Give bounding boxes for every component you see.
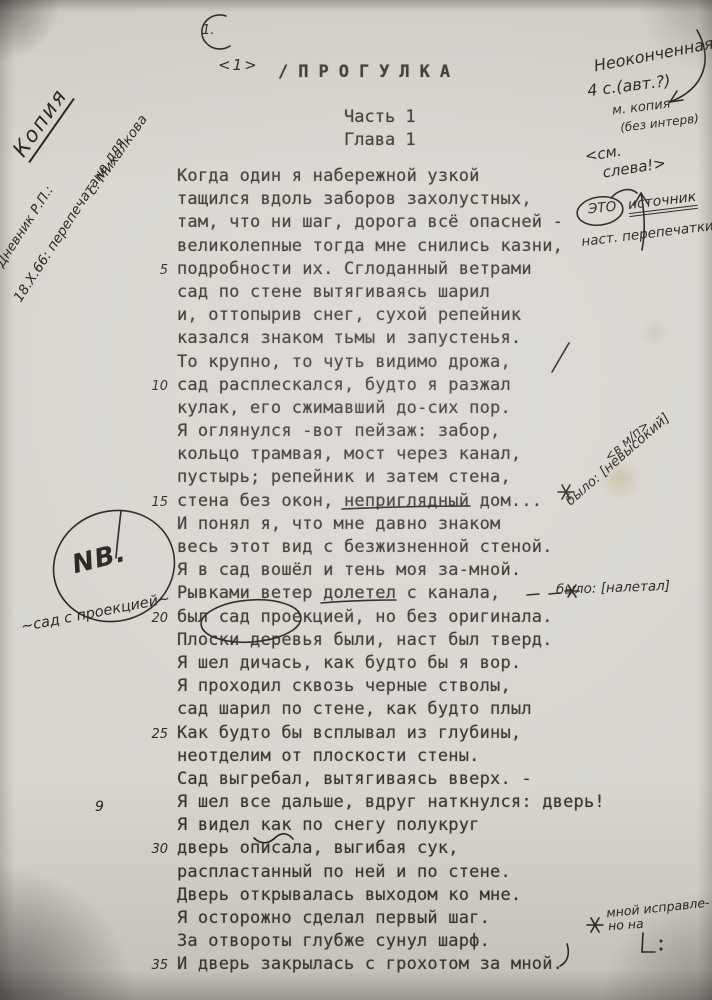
poem-line: И понял я, что мне давно знаком xyxy=(130,513,605,536)
line-text: и, оттопырив снег, сухой репейник xyxy=(177,304,521,327)
poem-line: 5подробности их. Сглоданный ветрами xyxy=(130,258,605,281)
line-text: сад шарил по стене, как будто плыл xyxy=(177,698,532,721)
poem-line: 35И дверь закрылась с грохотом за мной. xyxy=(130,953,605,976)
line-number: 35 xyxy=(130,958,177,973)
poem-line: Я в сад вошёл и тень моя за-мной. xyxy=(130,559,605,582)
poem-line: 10сад расплескался, будто я разжал xyxy=(130,374,605,397)
line-number: 15 xyxy=(130,495,177,510)
poem-line: кулак, его сжимавший до-сих пор. xyxy=(130,397,605,420)
line-text: Я проходил сквозь черные стволы, xyxy=(177,675,511,698)
poem-line: Я шел все дальше, вдруг наткнулся: дверь… xyxy=(130,791,605,814)
poem-line: Сад выгребал, вытягиваясь вверх. - xyxy=(130,768,605,791)
poem-line: тащился вдоль заборов захолустных, xyxy=(130,188,605,211)
corner-page-mark: 1. xyxy=(202,23,214,38)
poem-line: То крупно, то чуть видимо дрожа, xyxy=(130,351,605,374)
poem-line: 15стена без окон, неприглядный дом... xyxy=(130,490,605,513)
line-text: Я осторожно сделал первый шаг. xyxy=(177,907,490,930)
poem-line: распластанный по ней и по стене. xyxy=(130,861,605,884)
manuscript-page: /ПРОГУЛКА Часть 1 Глава 1 Когда один я н… xyxy=(0,0,712,1000)
poem-line: сад шарил по стене, как будто плыл xyxy=(130,698,605,721)
line-text: Я шел дичась, как будто бы я вор. xyxy=(177,652,521,675)
line-text: кулак, его сжимавший до-сих пор. xyxy=(177,397,511,420)
line-text: там, что ни шаг, дорога всё опасней - xyxy=(177,211,563,234)
annotation-kopiya: Копия xyxy=(8,84,75,163)
poem-line: сад по стене вытягиваясь шарил xyxy=(130,281,605,304)
poem-line: Я осторожно сделал первый шаг. xyxy=(130,907,605,930)
poem-line: Я шел дичась, как будто бы я вор. xyxy=(130,652,605,675)
annotation-corrected-2: но на xyxy=(608,916,645,933)
line-text: казался знаком тьмы и запустенья. xyxy=(177,327,521,350)
poem-line: казался знаком тьмы и запустенья. xyxy=(130,327,605,350)
correction-colon-dot xyxy=(660,940,663,943)
line-text: И понял я, что мне давно знаком xyxy=(177,513,500,536)
line-text: был сад проекцией, но без оригинала. xyxy=(177,606,553,629)
poem-line: Когда один я набережной узкой xyxy=(130,165,605,188)
line-text: стена без окон, неприглядный дом... xyxy=(177,490,542,513)
line-text: весь этот вид с безжизненной стеной. xyxy=(177,536,553,559)
poem-line: Плоски деревья были, наст был тверд. xyxy=(130,629,605,652)
poem-line: 30дверь описала, выгибая сук, xyxy=(130,837,605,860)
poem-line: весь этот вид с безжизненной стеной. xyxy=(130,536,605,559)
line-text: распластанный по ней и по стене. xyxy=(177,861,511,884)
line-text: И дверь закрылась с грохотом за мной. xyxy=(177,953,563,976)
annotation-eto: ЭТО xyxy=(587,199,617,218)
line-number: 30 xyxy=(130,842,177,857)
poem-line: 20был сад проекцией, но без оригинала. xyxy=(130,606,605,629)
poem-line: кольцо трамвая, мост через канал, xyxy=(130,443,605,466)
part-heading: Часть 1 xyxy=(344,107,416,127)
line-text: Я в сад вошёл и тень моя за-мной. xyxy=(177,559,521,582)
line-text: подробности их. Сглоданный ветрами xyxy=(177,258,532,281)
poem-body: Когда один я набережной узкойтащился вдо… xyxy=(130,165,605,977)
poem-line: Дверь открывалась выходом ко мне. xyxy=(130,884,605,907)
line-text: тащился вдоль заборов захолустных, xyxy=(177,188,532,211)
poem-line: Рывками ветер долетел с канала, xyxy=(130,582,605,605)
annotation-nb: NB. xyxy=(69,538,129,580)
line-text: Как будто бы всплывал из глубины, xyxy=(177,722,521,745)
poem-line: пустырь; репейник и затем стена, xyxy=(130,466,605,489)
correction-symbol xyxy=(642,933,655,952)
line-text: Сад выгребал, вытягиваясь вверх. - xyxy=(177,768,532,791)
correction-colon-dot xyxy=(660,948,663,951)
page-number-mark: <1> xyxy=(218,56,259,74)
poem-line: и, оттопырив снег, сухой репейник xyxy=(130,304,605,327)
line-number: 5 xyxy=(130,263,177,278)
annotation-mark-nine: 9 xyxy=(95,799,104,815)
line-text: Я видел как по снегу полукруг xyxy=(177,814,480,837)
poem-line: великолепные тогда мне снились казни, xyxy=(130,235,605,258)
chapter-heading: Глава 1 xyxy=(344,130,416,150)
line-text: Дверь открывалась выходом ко мне. xyxy=(177,884,521,907)
curved-arrow-head xyxy=(670,91,683,102)
line-text: Когда один я набережной узкой xyxy=(177,165,480,188)
line-text: сад по стене вытягиваясь шарил xyxy=(177,281,490,304)
poem-title: /ПРОГУЛКА xyxy=(278,62,460,82)
line-text: неотделим от плоскости стены. xyxy=(177,745,480,768)
poem-line: За отвороты глубже сунул шарф. xyxy=(130,930,605,953)
paper-stain xyxy=(640,320,670,346)
annotation-pages: 4 с.(авт.?) xyxy=(586,71,671,100)
annotation-see-left: <см.слева!> xyxy=(584,135,668,185)
line-text: Рывками ветер долетел с канала, xyxy=(177,582,500,605)
line-number: 25 xyxy=(130,727,177,742)
line-text: То крупно, то чуть видимо дрожа, xyxy=(177,351,511,374)
line-text: кольцо трамвая, мост через канал, xyxy=(177,443,521,466)
annotation-bylo-naletal: было: [налетал] xyxy=(556,578,671,598)
poem-line: Я оглянулся -вот пейзаж: забор, xyxy=(130,420,605,443)
line-text: Плоски деревья были, наст был тверд. xyxy=(177,629,553,652)
annotation-unfinished: Неоконченная xyxy=(592,34,712,76)
line-text: пустырь; репейник и затем стена, xyxy=(177,466,511,489)
poem-line: 25Как будто бы всплывал из глубины, xyxy=(130,722,605,745)
line-number: 10 xyxy=(130,379,177,394)
poem-line: там, что ни шаг, дорога всё опасней - xyxy=(130,211,605,234)
line-text: сад расплескался, будто я разжал xyxy=(177,374,511,397)
poem-line: неотделим от плоскости стены. xyxy=(130,745,605,768)
line-text: За отвороты глубже сунул шарф. xyxy=(177,930,490,953)
line-text: дверь описала, выгибая сук, xyxy=(177,837,459,860)
line-text: великолепные тогда мне снились казни, xyxy=(177,235,563,258)
poem-line: Я видел как по снегу полукруг xyxy=(130,814,605,837)
poem-line: Я проходил сквозь черные стволы, xyxy=(130,675,605,698)
line-text: Я шел все дальше, вдруг наткнулся: дверь… xyxy=(177,791,605,814)
annotation-source: источник xyxy=(627,189,697,217)
line-text: Я оглянулся -вот пейзаж: забор, xyxy=(177,420,500,443)
